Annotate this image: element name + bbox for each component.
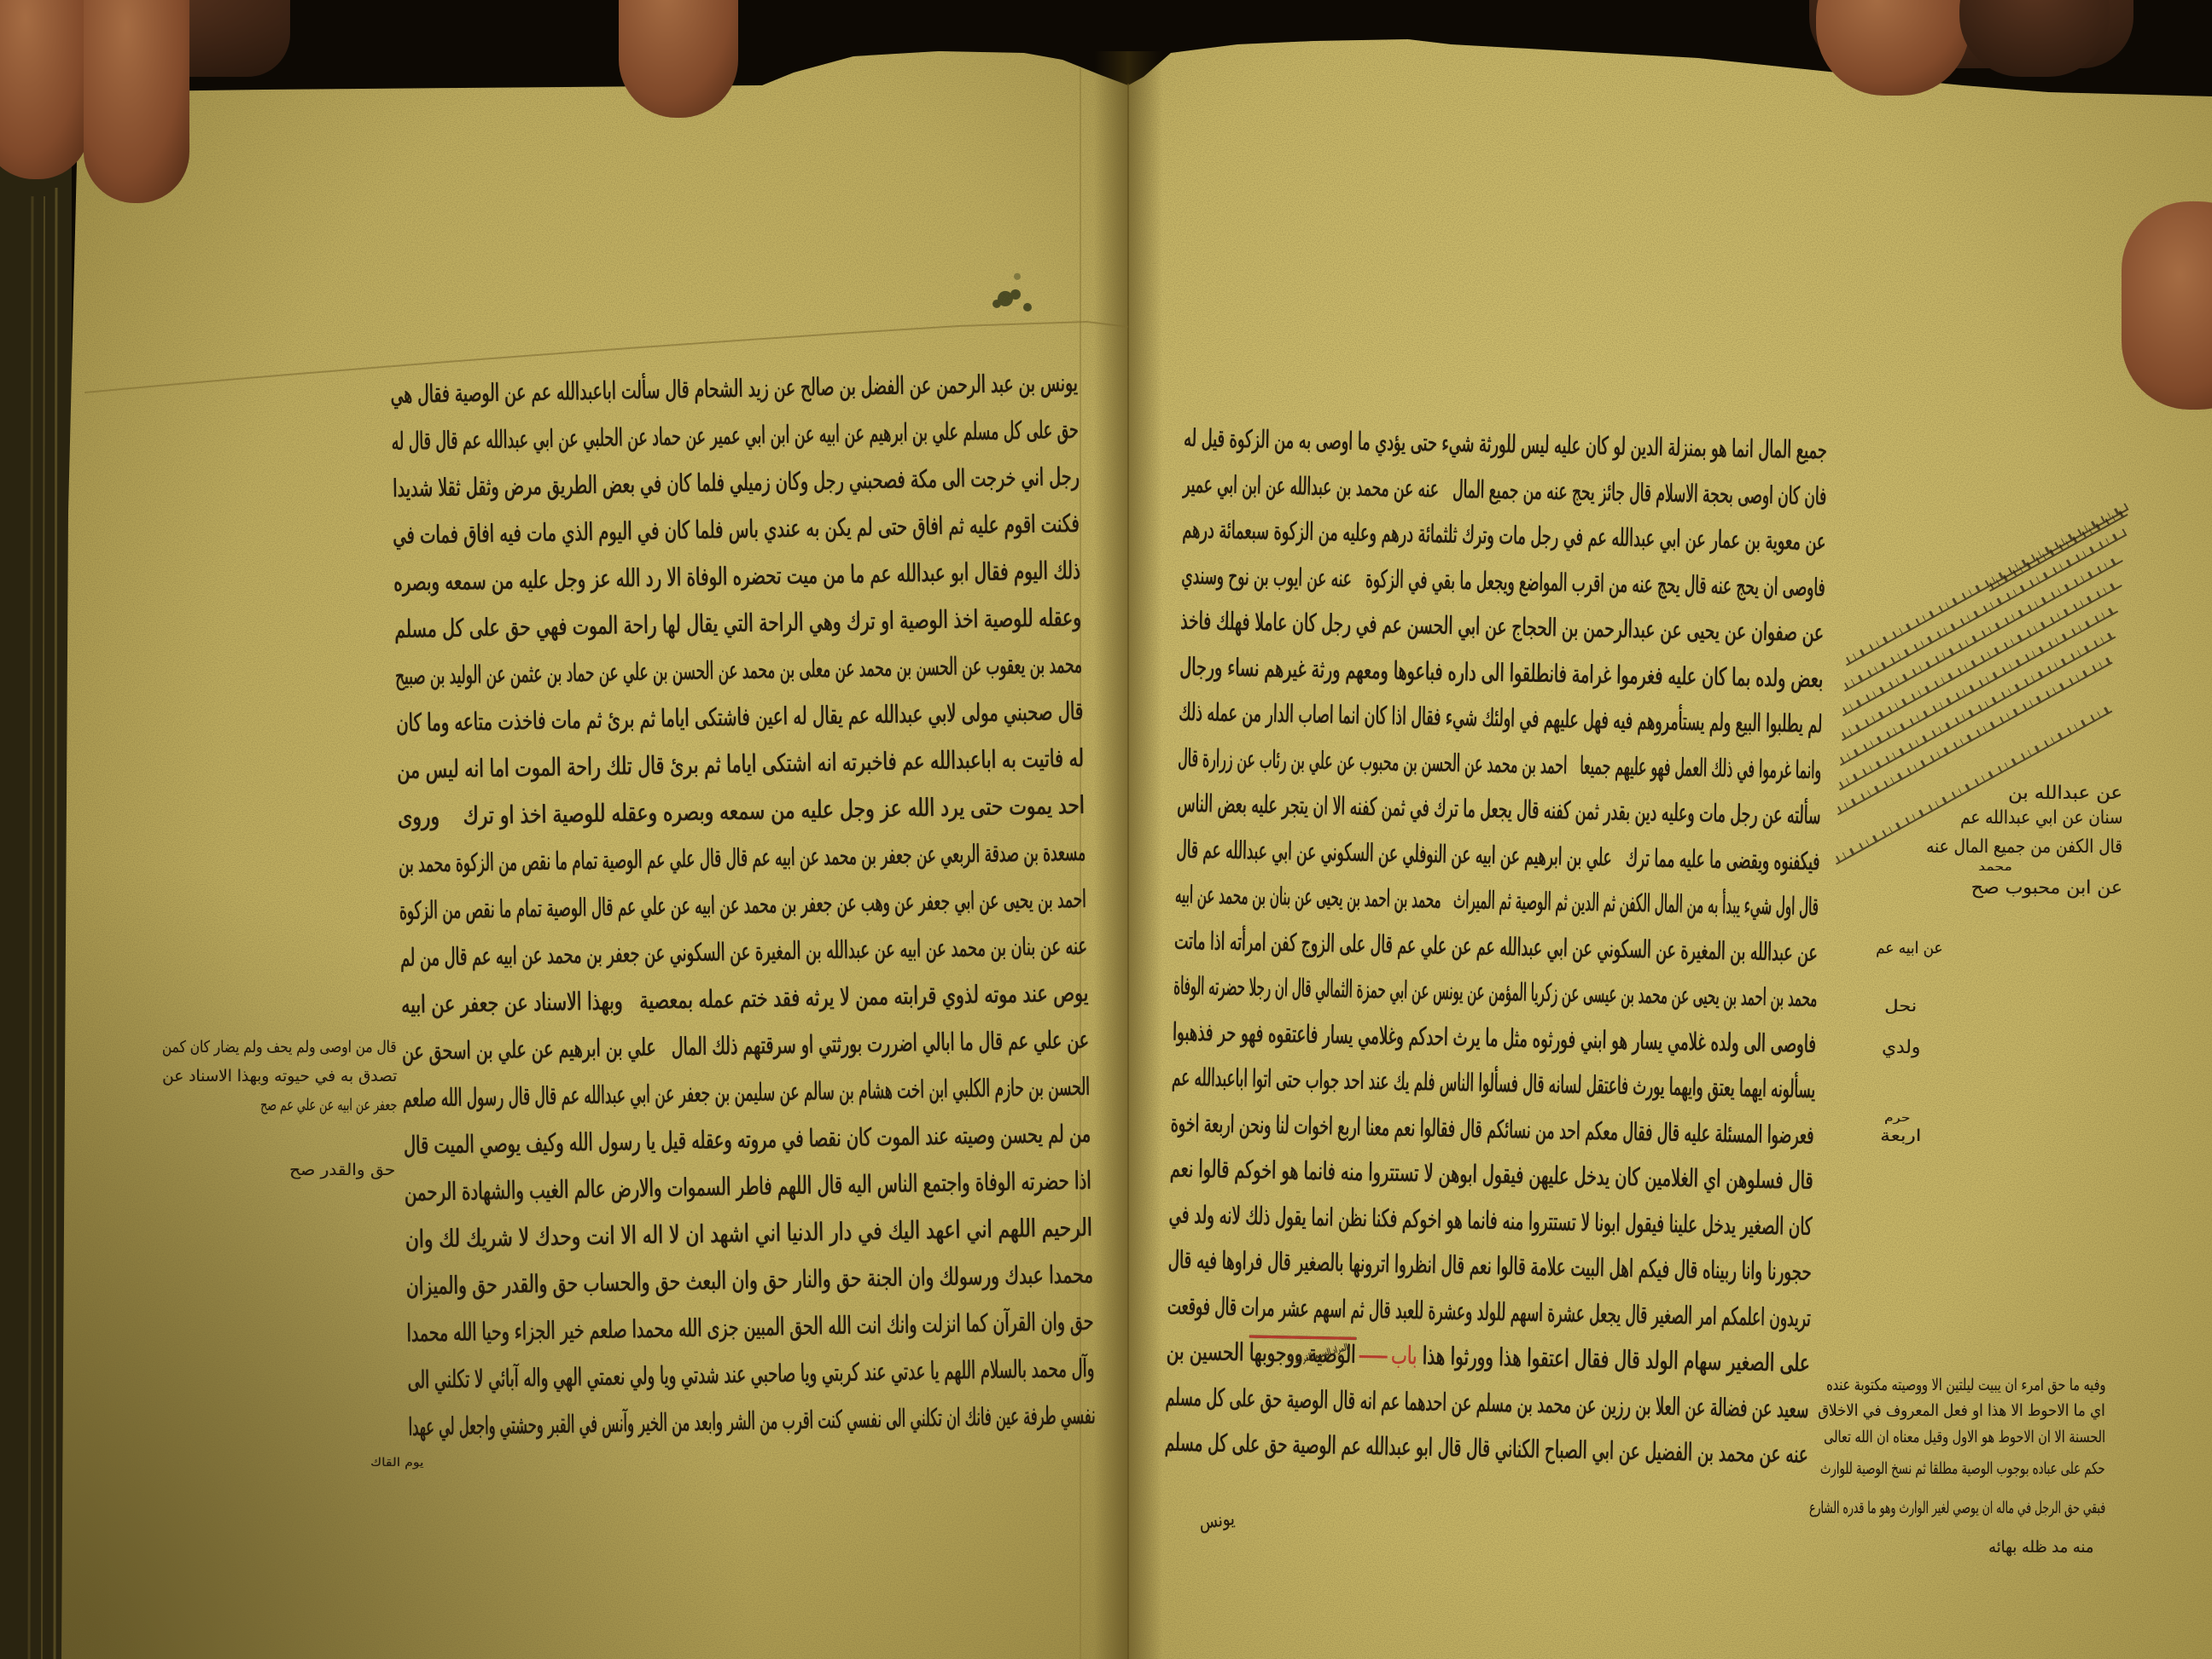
commentary-text: الحسنة الا ان الاحوط هو الاول وقيل معناه… xyxy=(1824,1424,2105,1450)
commentary-line: حكم على عباده بوجوب الوصية مطلقا ثم نسخ … xyxy=(1820,1456,2105,1481)
short-margin-note: اربعة xyxy=(1880,1123,1921,1149)
margin-note-text: تصدق به في حيوته وبهذا الاسناد عن xyxy=(162,1063,397,1089)
commentary-line: فبقي حق الرجل في ماله ان يوصي لغير الوار… xyxy=(1809,1495,2105,1521)
margin-note-text: عن عبدالله بن xyxy=(2008,781,2122,806)
margin-note-text: جعفر عن ابيه عن علي عم صح xyxy=(260,1092,397,1118)
commentary-text: منه مد ظله بهائه xyxy=(1988,1534,2093,1560)
catchword-text: يونس xyxy=(1197,1506,1237,1537)
commentary-text: اي ما الاحوط الا هذا او فعل المعروف في ا… xyxy=(1818,1398,2105,1423)
margin-note-text: قال من اوصى ولم يحف ولم يضار كان كمن xyxy=(162,1034,397,1060)
margin-note-text: نحل xyxy=(1884,993,1917,1019)
short-margin-note: نحل xyxy=(1884,993,1917,1019)
line-text-after: الحسين بن xyxy=(1166,1336,1243,1367)
margin-note-text: اربعة xyxy=(1880,1123,1921,1149)
commentary-line: اي ما الاحوط الا هذا او فعل المعروف في ا… xyxy=(1818,1398,2105,1423)
short-margin-note: ولدي xyxy=(1882,1035,1920,1061)
right-catchword: يونس xyxy=(1197,1506,1237,1537)
margin-note-text: قال الكفن من جميع المال عنه xyxy=(1926,835,2122,860)
catchword-text: يوم القاك xyxy=(370,1450,423,1476)
right-margin-note-line: عن ابن محبوب صح xyxy=(1971,876,2122,901)
chapter-rubric: باب xyxy=(1391,1341,1417,1371)
left-margin-note-line: تصدق به في حيوته وبهذا الاسناد عن xyxy=(162,1063,397,1089)
commentary-line: الحسنة الا ان الاحوط هو الاول وقيل معناه… xyxy=(1824,1424,2105,1450)
commentary-line: وفيه ما حق امرء ان يبيت ليلتين الا ووصيت… xyxy=(1826,1372,2105,1398)
right-margin-note-line: قال الكفن من جميع المال عنه xyxy=(1926,835,2122,860)
margin-note-text: عن ابيه عم xyxy=(1876,935,1942,961)
left-margin-correction: حق والقدر صح xyxy=(289,1157,395,1183)
margin-note-text: عن ابن محبوب صح xyxy=(1971,876,2122,901)
margin-note-text: ولدي xyxy=(1882,1035,1920,1061)
left-catchword: يوم القاك xyxy=(370,1449,423,1475)
commentary-text: وفيه ما حق امرء ان يبيت ليلتين الا ووصيت… xyxy=(1826,1372,2105,1398)
right-margin-note-line: عن عبدالله بن xyxy=(2008,781,2122,806)
commentary-text: حكم على عباده بوجوب الوصية مطلقا ثم نسخ … xyxy=(1820,1456,2105,1481)
left-margin-note-line: قال من اوصى ولم يحف ولم يضار كان كمن xyxy=(162,1034,397,1060)
right-margin-note-line: سنان عن ابي عبدالله عم xyxy=(1960,806,2122,831)
right-page-text: جميع المال انما هو بمنزلة الدين لو كان ع… xyxy=(1164,416,1827,1478)
rubric-dash xyxy=(1359,1355,1388,1359)
commentary-signature: منه مد ظله بهائه xyxy=(1988,1534,2093,1560)
left-margin-note-line: جعفر عن ابيه عن علي عم صح xyxy=(260,1092,397,1118)
margin-note-text: سنان عن ابي عبدالله عم xyxy=(1960,806,2122,831)
short-margin-note: عن ابيه عم xyxy=(1876,935,1942,961)
margin-note-text: حق والقدر صح xyxy=(289,1157,395,1183)
commentary-text: فبقي حق الرجل في ماله ان يوصي لغير الوار… xyxy=(1809,1495,2105,1521)
